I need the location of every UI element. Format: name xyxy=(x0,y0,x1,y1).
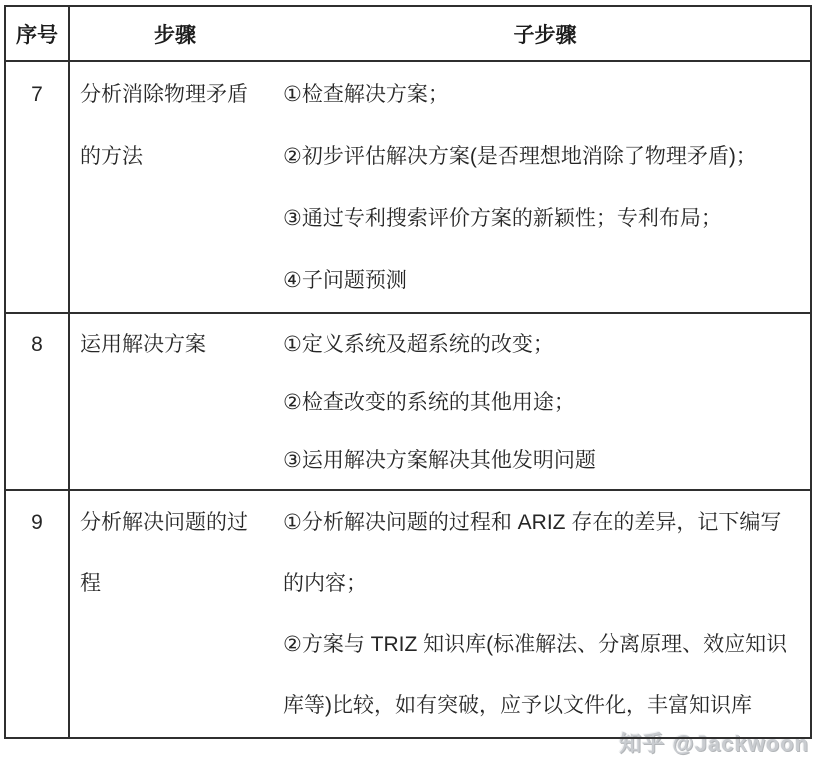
row-number: 9 xyxy=(6,491,70,737)
substep-line: ②初步评估解决方案(是否理想地消除了物理矛盾)； xyxy=(283,126,810,188)
header-col-substep: 子步骤 xyxy=(280,7,810,60)
substep-line: ④子问题预测 xyxy=(283,250,810,312)
step-line: 程 xyxy=(80,553,280,614)
substep-line: ③运用解决方案解决其他发明问题 xyxy=(283,432,810,489)
substep-line: ②方案与 TRIZ 知识库(标准解法、分离原理、效应知识 xyxy=(283,614,810,675)
step-cell: 分析消除物理矛盾 的方法 xyxy=(70,62,280,312)
substep-line: ③通过专利搜索评价方案的新颖性；专利布局； xyxy=(283,188,810,250)
step-cell: 分析解决问题的过 程 xyxy=(70,491,280,737)
substep-line: ①定义系统及超系统的改变； xyxy=(283,316,810,374)
step-cell: 运用解决方案 xyxy=(70,314,280,489)
step-line: 的方法 xyxy=(80,126,280,188)
substep-cell: ①分析解决问题的过程和 ARIZ 存在的差异，记下编写 的内容； ②方案与 TR… xyxy=(280,491,810,737)
table-header-row: 序号 步骤 子步骤 xyxy=(6,7,810,60)
substep-line: 的内容； xyxy=(283,553,810,614)
table-row-9: 9 分析解决问题的过 程 ①分析解决问题的过程和 ARIZ 存在的差异，记下编写… xyxy=(6,489,810,737)
header-col-step: 步骤 xyxy=(70,7,280,60)
document-page: 知乎 @Jackwoon 序号 步骤 子步骤 7 分析消除物理矛盾 的方法 ①检… xyxy=(0,0,817,770)
table-row-8: 8 运用解决方案 ①定义系统及超系统的改变； ②检查改变的系统的其他用途； ③运… xyxy=(6,312,810,489)
row-number: 8 xyxy=(6,314,70,489)
substep-cell: ①定义系统及超系统的改变； ②检查改变的系统的其他用途； ③运用解决方案解决其他… xyxy=(280,314,810,489)
step-line: 分析消除物理矛盾 xyxy=(80,64,280,126)
substep-line: ①检查解决方案； xyxy=(283,64,810,126)
substep-line: 库等)比较，如有突破，应予以文件化，丰富知识库 xyxy=(283,675,810,736)
substep-cell: ①检查解决方案； ②初步评估解决方案(是否理想地消除了物理矛盾)； ③通过专利搜… xyxy=(280,62,810,312)
table-row-7: 7 分析消除物理矛盾 的方法 ①检查解决方案； ②初步评估解决方案(是否理想地消… xyxy=(6,60,810,312)
step-line: 分析解决问题的过 xyxy=(80,492,280,553)
ariz-steps-table: 序号 步骤 子步骤 7 分析消除物理矛盾 的方法 ①检查解决方案； ②初步评估解… xyxy=(4,5,812,739)
step-line: 运用解决方案 xyxy=(80,316,280,374)
substep-line: ②检查改变的系统的其他用途； xyxy=(283,374,810,432)
header-col-no: 序号 xyxy=(6,7,70,60)
row-number: 7 xyxy=(6,62,70,312)
substep-line: ①分析解决问题的过程和 ARIZ 存在的差异，记下编写 xyxy=(283,492,810,553)
